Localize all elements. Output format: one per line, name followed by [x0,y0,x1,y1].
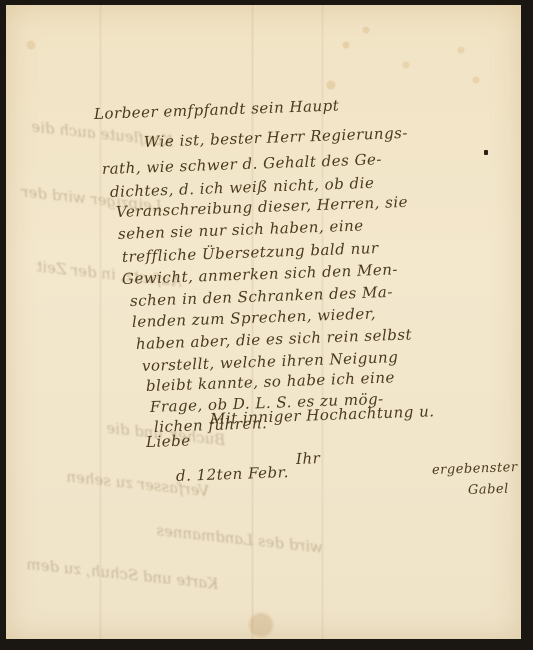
letter-line: sehen sie nur sich haben, eine [118,216,364,243]
date-line: d. 12ten Febr. [176,463,289,485]
closing-line: Liebe [146,431,191,451]
ink-blot [484,150,488,155]
letter-line: Wie ist, bester Herr Regierungs- [144,124,409,151]
signature-name: Gabel [468,482,509,498]
signature-line: ergebenster [432,460,518,478]
letter-line: Lorbeer emfpfandt sein Haupt [94,96,340,123]
letter-line: rath, wie schwer d. Gehalt des Ge- [102,150,383,178]
closing-ihr: Ihr [296,449,321,468]
bleed-through-text: wird des Landmannes [156,521,324,556]
bleed-through-text: Karte und Schuh, zu dem [26,555,220,593]
letter-page: Kaufleute auch die Leipziger wird der Au… [6,5,521,639]
